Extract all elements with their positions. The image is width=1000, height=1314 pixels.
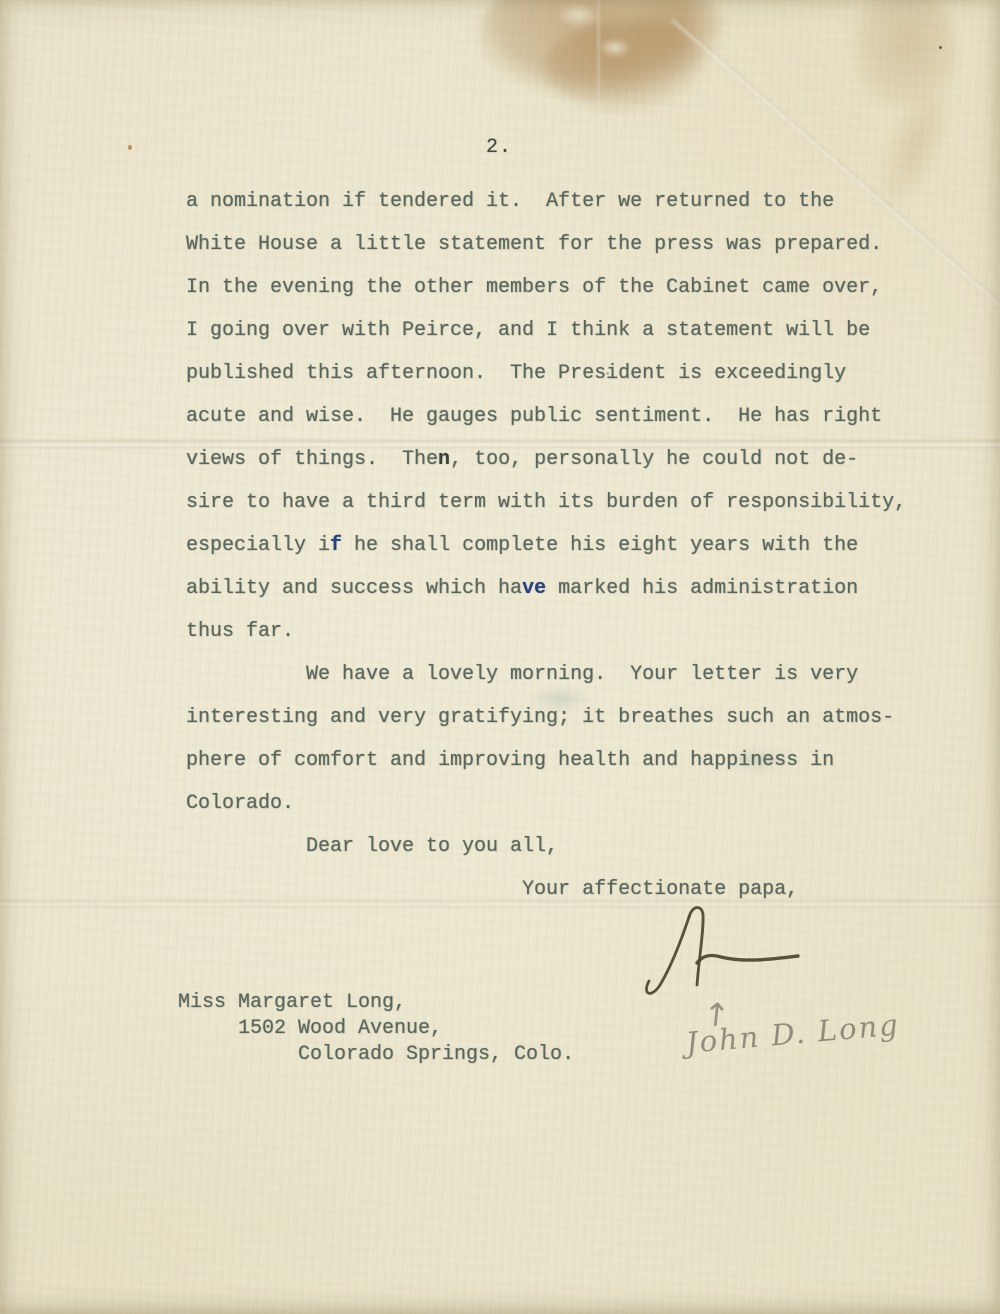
stain-top-center-lobe: [545, 20, 705, 112]
address-line: Colorado Springs, Colo.: [178, 1042, 574, 1068]
letter-line: especially if he shall complete his eigh…: [186, 524, 976, 567]
letter-line: ability and success which have marked hi…: [186, 567, 976, 610]
typewritten-text: Your affectionate papa,: [186, 878, 798, 901]
typewritten-text: phere of comfort and improving health an…: [186, 749, 834, 772]
correction-text: f: [330, 534, 342, 557]
letter-line: thus far.: [186, 610, 976, 653]
typewritten-text: thus far.: [186, 620, 294, 643]
typewritten-text: published this afternoon. The President …: [186, 362, 846, 385]
crease-vertical-top: [596, 0, 601, 170]
typewritten-text: a nomination if tendered it. After we re…: [186, 190, 834, 213]
stain-top-right: [852, 0, 956, 110]
stain-highlight: [598, 38, 632, 58]
stain-highlight: [556, 2, 600, 28]
letter-line: published this afternoon. The President …: [186, 352, 976, 395]
typewritten-text: he shall complete his eight years with t…: [342, 534, 858, 557]
letter-line: We have a lovely morning. Your letter is…: [186, 653, 976, 696]
letter-line: I going over with Peirce, and I think a …: [186, 309, 976, 352]
typewritten-text: ability and success which ha: [186, 577, 522, 600]
typewritten-text: In the evening the other members of the …: [186, 276, 882, 299]
scanned-letter-page: 2. a nomination if tendered it. After we…: [0, 0, 1000, 1314]
letter-line: views of things. Then, too, personally h…: [186, 438, 976, 481]
letter-line: Your affectionate papa,: [186, 868, 976, 911]
correction-text: ve: [522, 577, 546, 600]
typewritten-text: I going over with Peirce, and I think a …: [186, 319, 870, 342]
typewritten-text: , too, personally he could not de-: [450, 448, 858, 471]
stain-top-center-right-lobe: [628, 0, 728, 76]
typewritten-text: marked his administration: [546, 577, 858, 600]
typewritten-text: interesting and very gratifying; it brea…: [186, 706, 894, 729]
typewritten-text: Colorado.: [186, 792, 294, 815]
letter-line: sire to have a third term with its burde…: [186, 481, 976, 524]
page-number: 2.: [486, 136, 512, 160]
letter-line: In the evening the other members of the …: [186, 266, 976, 309]
address-line: Miss Margaret Long,: [178, 990, 574, 1016]
typewritten-text: especially i: [186, 534, 330, 557]
letter-body: a nomination if tendered it. After we re…: [186, 180, 976, 911]
stain-top-center: [480, 0, 720, 98]
typewritten-text: We have a lovely morning. Your letter is…: [186, 663, 858, 686]
paper-speck: [939, 46, 942, 49]
letter-line: a nomination if tendered it. After we re…: [186, 180, 976, 223]
recipient-address-block: Miss Margaret Long, 1502 Wood Avenue, Co…: [178, 990, 574, 1068]
letter-line: phere of comfort and improving health an…: [186, 739, 976, 782]
correction-text: n: [438, 448, 450, 471]
letter-line: interesting and very gratifying; it brea…: [186, 696, 976, 739]
typewritten-text: White House a little statement for the p…: [186, 233, 882, 256]
letter-line: acute and wise. He gauges public sentime…: [186, 395, 976, 438]
typewritten-text: views of things. The: [186, 448, 438, 471]
paper-speck: [128, 145, 132, 150]
letter-line: White House a little statement for the p…: [186, 223, 976, 266]
typewritten-text: acute and wise. He gauges public sentime…: [186, 405, 882, 428]
letter-line: Dear love to you all,: [186, 825, 976, 868]
typewritten-text: sire to have a third term with its burde…: [186, 491, 906, 514]
letter-line: Colorado.: [186, 782, 976, 825]
address-line: 1502 Wood Avenue,: [178, 1016, 574, 1042]
typewritten-text: Dear love to you all,: [186, 835, 558, 858]
